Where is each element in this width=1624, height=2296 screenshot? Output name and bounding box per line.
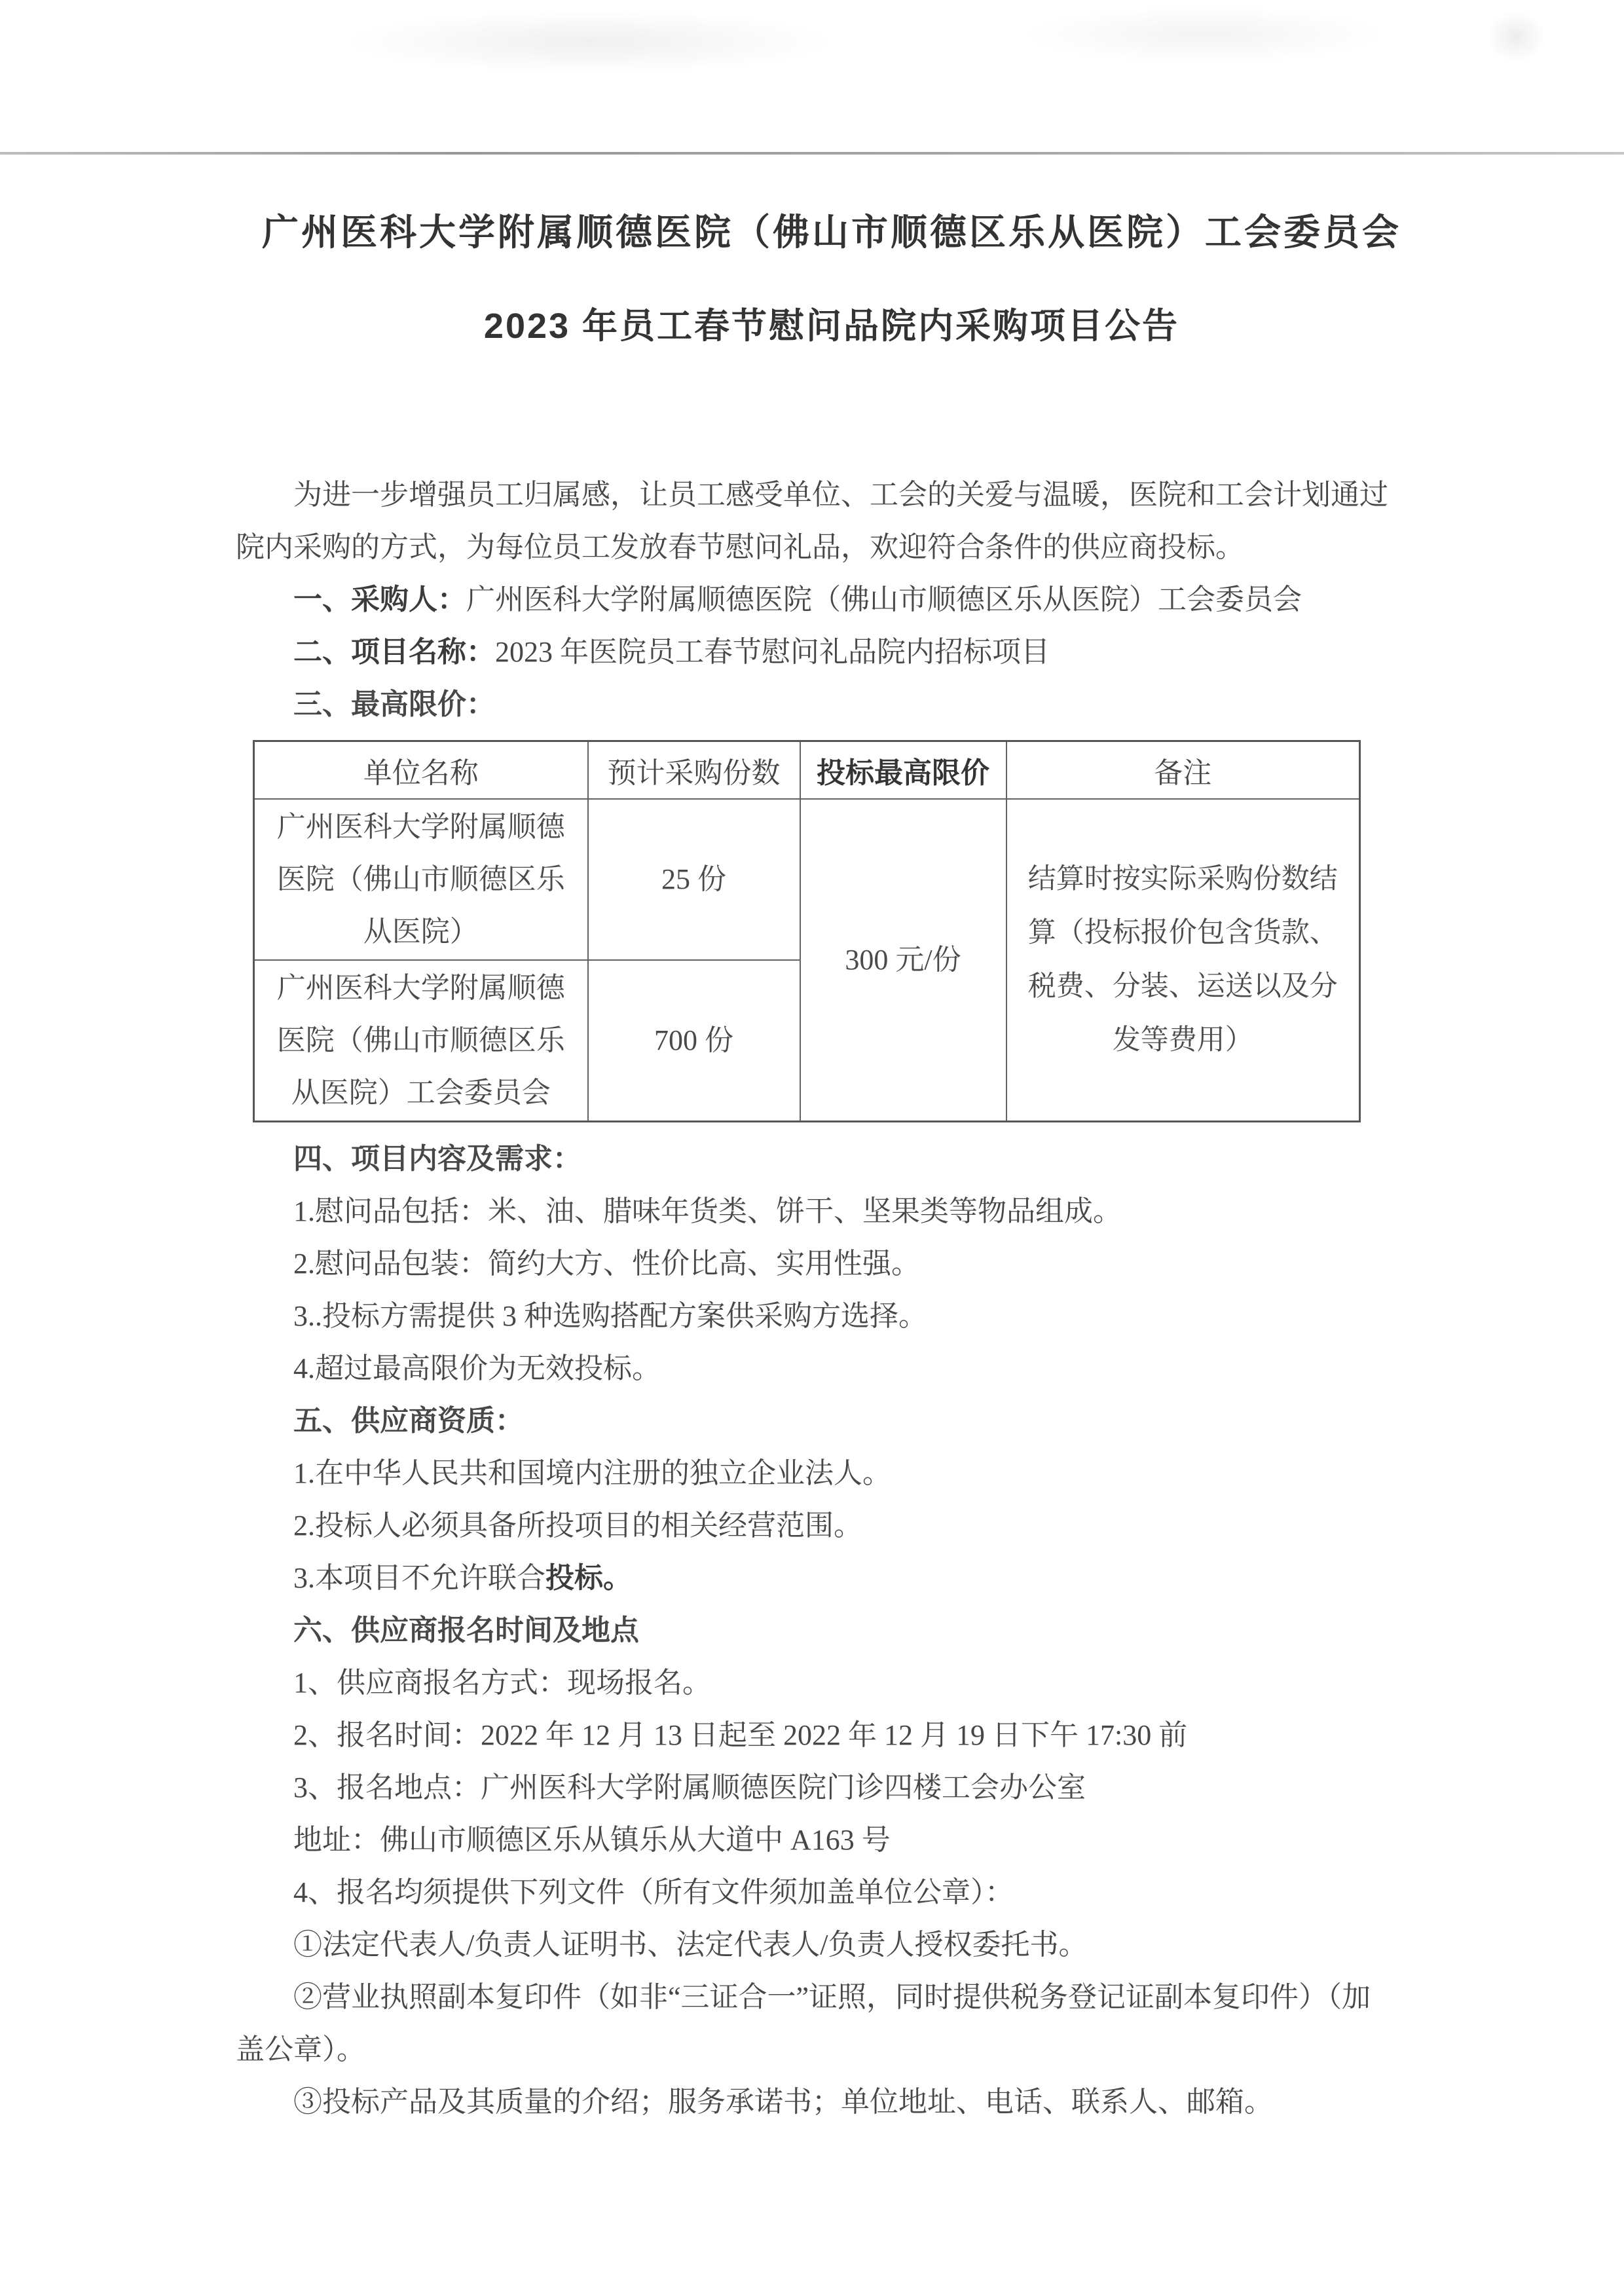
section-4-item-3: 3..投标方需提供 3 种选购搭配方案供采购方选择。 bbox=[236, 1290, 1428, 1342]
document-page: 广州医科大学附属顺德医院（佛山市顺德区乐从医院）工会委员会 2023 年员工春节… bbox=[0, 0, 1624, 2296]
section-6-item-4: 4、报名均须提供下列文件（所有文件须加盖单位公章）： bbox=[236, 1866, 1428, 1919]
section-4-item-1: 1.慰问品包括：米、油、腊味年货类、饼干、坚果类等物品组成。 bbox=[236, 1185, 1428, 1238]
section-5-item-3: 3.本项目不允许联合投标。 bbox=[236, 1552, 1428, 1604]
required-doc-1: ①法定代表人/负责人证明书、法定代表人/负责人授权委托书。 bbox=[236, 1919, 1428, 1971]
header-unit-name: 单位名称 bbox=[254, 741, 588, 800]
intro-line2: 院内采购的方式，为每位员工发放春节慰问礼品，欢迎符合条件的供应商投标。 bbox=[236, 521, 1428, 574]
section-6-item-2: 2、报名时间：2022 年 12 月 13 日起至 2022 年 12 月 19… bbox=[236, 1709, 1428, 1762]
price-table: 单位名称 预计采购份数 投标最高限价 备注 广州医科大学附属顺德医院（佛山市顺德… bbox=[253, 740, 1361, 1122]
section-2-project-name: 二、项目名称：2023 年医院员工春节慰问礼品院内招标项目 bbox=[236, 626, 1428, 678]
header-quantity: 预计采购份数 bbox=[588, 741, 800, 800]
section-4-item-2: 2.慰问品包装：简约大方、性价比高、实用性强。 bbox=[236, 1238, 1428, 1290]
unit-cell-union: 广州医科大学附属顺德医院（佛山市顺德区乐从医院）工会委员会 bbox=[254, 960, 588, 1122]
section-6-item-3: 3、报名地点：广州医科大学附属顺德医院门诊四楼工会办公室 bbox=[236, 1762, 1428, 1814]
required-doc-2-line2: 盖公章）。 bbox=[236, 2024, 1428, 2076]
section-6-address: 地址：佛山市顺德区乐从镇乐从大道中 A163 号 bbox=[236, 1814, 1428, 1866]
section-3-heading: 三、最高限价： bbox=[236, 678, 1428, 731]
required-doc-2-line1: ②营业执照副本复印件（如非“三证合一”证照，同时提供税务登记证副本复印件）（加 bbox=[236, 1971, 1428, 2024]
header-max-price: 投标最高限价 bbox=[800, 741, 1006, 800]
section-4-heading: 四、项目内容及需求： bbox=[236, 1133, 1428, 1185]
doc-title-line1: 广州医科大学附属顺德医院（佛山市顺德区乐从医院）工会委员会 bbox=[236, 211, 1428, 254]
document-content: 广州医科大学附属顺德医院（佛山市顺德区乐从医院）工会委员会 2023 年员工春节… bbox=[0, 0, 1624, 2128]
section-5-heading: 五、供应商资质： bbox=[236, 1395, 1428, 1447]
section-6-heading: 六、供应商报名时间及地点 bbox=[236, 1604, 1428, 1657]
intro-line1: 为进一步增强员工归属感，让员工感受单位、工会的关爱与温暖，医院和工会计划通过 bbox=[236, 469, 1428, 521]
required-doc-3: ③投标产品及其质量的介绍；服务承诺书；单位地址、电话、联系人、邮箱。 bbox=[236, 2076, 1428, 2128]
scan-artifact-line bbox=[0, 152, 1624, 155]
table-row-hospital: 广州医科大学附属顺德医院（佛山市顺德区乐从医院） 25 份 300 元/份 结算… bbox=[254, 799, 1360, 960]
section-5-item-3-text: 3.本项目不允许联合 bbox=[293, 1562, 545, 1594]
remark-cell: 结算时按实际采购份数结算（投标报价包含货款、税费、分装、运送以及分发等费用） bbox=[1006, 799, 1360, 1122]
max-price-cell: 300 元/份 bbox=[800, 799, 1006, 1122]
quantity-cell-union: 700 份 bbox=[588, 960, 800, 1122]
header-remark: 备注 bbox=[1006, 741, 1360, 800]
section-5-item-1: 1.在中华人民共和国境内注册的独立企业法人。 bbox=[236, 1447, 1428, 1500]
table-header-row: 单位名称 预计采购份数 投标最高限价 备注 bbox=[254, 741, 1360, 800]
doc-title-line2: 2023 年员工春节慰问品院内采购项目公告 bbox=[236, 305, 1428, 347]
section-5-item-3-bold: 投标。 bbox=[545, 1562, 632, 1594]
section-2-text: 2023 年医院员工春节慰问礼品院内招标项目 bbox=[495, 636, 1050, 668]
unit-cell-hospital: 广州医科大学附属顺德医院（佛山市顺德区乐从医院） bbox=[254, 799, 588, 960]
section-1-purchaser: 一、采购人：广州医科大学附属顺德医院（佛山市顺德区乐从医院）工会委员会 bbox=[236, 574, 1428, 626]
section-6-item-1: 1、供应商报名方式：现场报名。 bbox=[236, 1657, 1428, 1709]
section-4-item-4: 4.超过最高限价为无效投标。 bbox=[236, 1342, 1428, 1395]
section-1-label: 一、采购人： bbox=[293, 583, 466, 616]
section-1-text: 广州医科大学附属顺德医院（佛山市顺德区乐从医院）工会委员会 bbox=[466, 583, 1302, 616]
quantity-cell-hospital: 25 份 bbox=[588, 799, 800, 960]
section-2-label: 二、项目名称： bbox=[293, 636, 495, 668]
section-5-item-2: 2.投标人必须具备所投项目的相关经营范围。 bbox=[236, 1500, 1428, 1552]
